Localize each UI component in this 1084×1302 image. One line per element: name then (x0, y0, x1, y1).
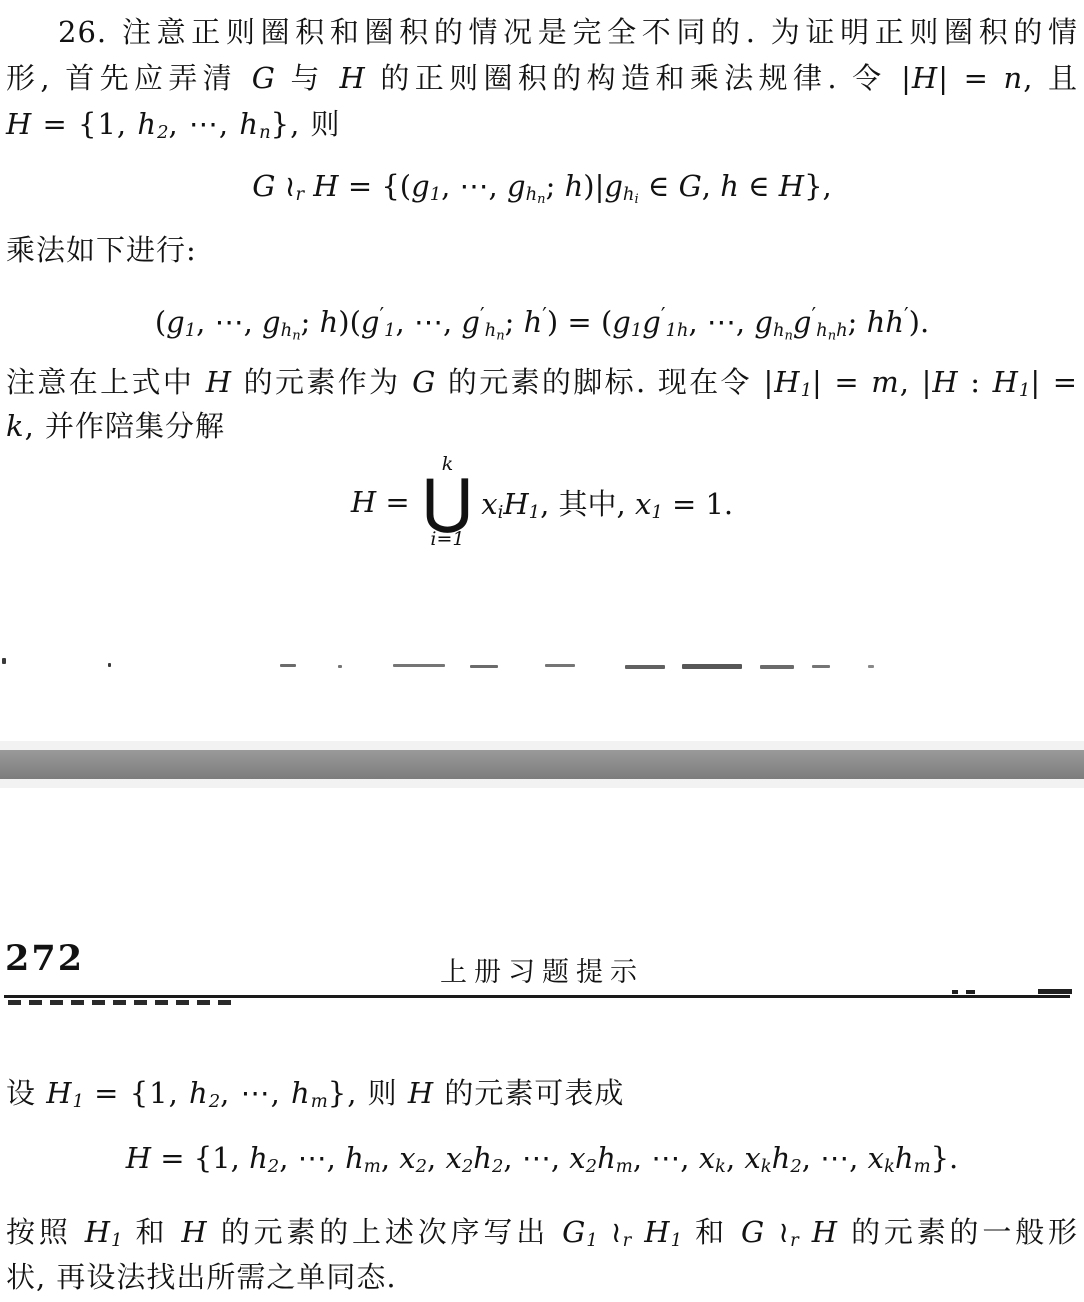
scan-artifacts (0, 652, 1084, 678)
coset-formula-lhs: H = (351, 485, 410, 519)
paragraph-26-line3: H = {1, h2, ⋯, hn}, 则 (6, 104, 1078, 153)
union-symbol: ⋃ (424, 473, 472, 529)
noise-mark (682, 664, 742, 669)
noise-mark (868, 665, 874, 668)
coset-decomposition-formula: H = k ⋃ i=1 xiH1, 其中, x1 = 1. (0, 447, 1084, 557)
paragraph-multiplication-intro: 乘法如下进行: (6, 230, 1078, 270)
rule-speck (966, 990, 975, 994)
noise-mark (625, 665, 665, 669)
noise-mark (545, 664, 575, 667)
noise-mark (280, 664, 296, 667)
running-head-title: 上册习题提示 (0, 950, 1084, 989)
paragraph-final-line1: 按照 H1 和 H 的元素的上述次序写出 G1 ≀r H1 和 G ≀r H 的… (6, 1212, 1078, 1261)
paragraph-subscript-note-line1: 注意在上式中 H 的元素作为 G 的元素的脚标. 现在令 |H1| = m, |… (6, 362, 1078, 411)
wreath-product-definition-formula: G ≀r H = {(g1, ⋯, ghn; h)|ghi ∈ G, h ∈ H… (0, 166, 1084, 220)
paragraph-H1-elements: 设 H1 = {1, h2, ⋯, hm}, 则 H 的元素可表成 (6, 1073, 1078, 1122)
paragraph-final-line2: 状, 再设法找出所需之单同态. (6, 1257, 1078, 1297)
H-elements-formula: H = {1, h2, ⋯, hm, x2, x2h2, ⋯, x2hm, ⋯,… (0, 1138, 1084, 1187)
noise-mark (812, 665, 830, 668)
big-union-operator: k ⋃ i=1 (424, 455, 472, 549)
paragraph-26-line1: 26. 注意正则圈积和圈积的情况是完全不同的. 为证明正则圈积的情 (58, 12, 1078, 52)
rule-speck (1038, 989, 1072, 994)
rule-speck (952, 990, 958, 994)
union-lower-limit: i=1 (430, 529, 464, 549)
paragraph-subscript-note-line2: k, 并作陪集分解 (6, 406, 1078, 446)
multiplication-rule-formula: (g1, ⋯, ghn; h)(g′1, ⋯, g′hn; h′) = (g1g… (0, 295, 1084, 356)
page-gap (0, 741, 1084, 788)
noise-mark (470, 665, 498, 668)
scanned-book-page: 26. 注意正则圈积和圈积的情况是完全不同的. 为证明正则圈积的情 形, 首先应… (0, 0, 1084, 1302)
header-rule-artifact (8, 1000, 233, 1005)
noise-mark (108, 663, 111, 667)
noise-mark (2, 658, 6, 664)
noise-mark (338, 665, 342, 668)
header-rule (4, 995, 1070, 998)
noise-mark (760, 665, 794, 669)
paragraph-26-line2: 形, 首先应弄清 G 与 H 的正则圈积的构造和乘法规律. 令 |H| = n,… (6, 58, 1078, 98)
noise-mark (393, 664, 445, 667)
page-gap-divider-bar (0, 750, 1084, 779)
coset-formula-rhs: xiH1, 其中, x1 = 1. (481, 482, 733, 523)
